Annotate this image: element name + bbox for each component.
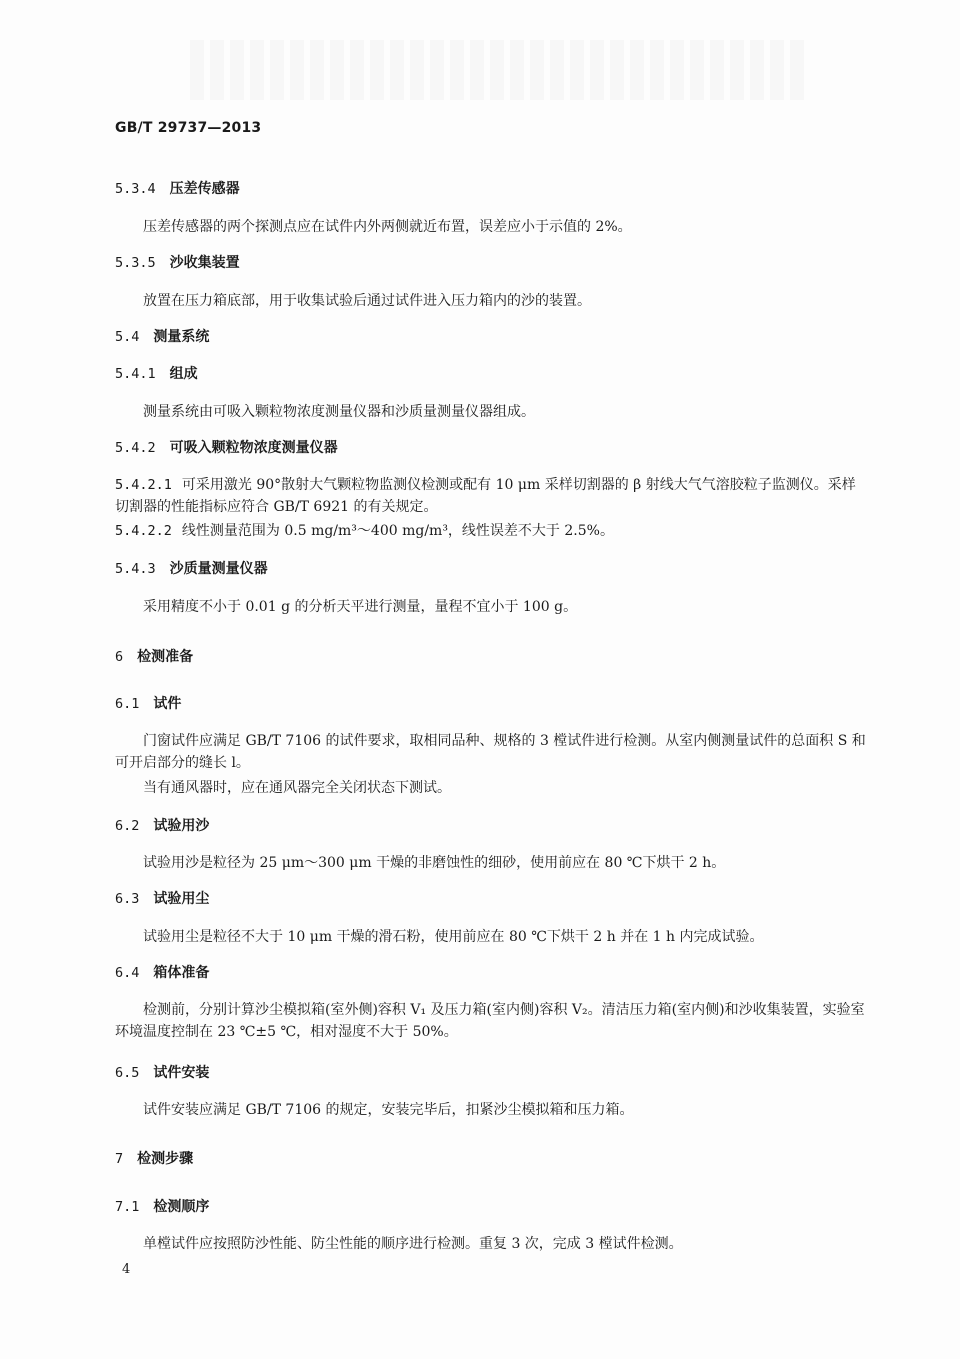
paragraph: 采用精度不小于 0.01 g 的分析天平进行测量，量程不宜小于 100 g。 [115,596,867,618]
section-number: 6.3 [115,891,139,907]
paragraph: 测量系统由可吸入颗粒物浓度测量仪器和沙质量测量仪器组成。 [115,401,867,423]
paragraph: 试验用沙是粒径为 25 μm～300 μm 干燥的非磨蚀性的细砂，使用前应在 8… [115,852,867,874]
section-title: 试件 [153,696,181,712]
page-number: 4 [122,1262,130,1277]
section-number: 7.1 [115,1199,139,1215]
section-heading: 6.1试件 [115,693,867,715]
section-title: 组成 [170,366,198,382]
section-number: 5.3.5 [115,255,156,271]
clause-number: 5.4.2.2 [115,523,172,539]
section-heading: 6.5试件安装 [115,1062,867,1084]
section-title: 测量系统 [153,329,209,345]
paragraph: 压差传感器的两个探测点应在试件内外两侧就近布置，误差应小于示值的 2%。 [115,216,867,238]
section-number: 5.3.4 [115,181,156,197]
section-heading: 6.4箱体准备 [115,962,867,984]
section-heading: 5.3.5沙收集装置 [115,252,867,274]
section-heading: 7检测步骤 [115,1148,867,1170]
section-heading: 5.4.3沙质量测量仪器 [115,558,867,580]
section-title: 沙质量测量仪器 [170,561,268,577]
section-title: 箱体准备 [153,965,209,981]
paragraph: 当有通风器时，应在通风器完全关闭状态下测试。 [115,777,867,799]
section-title: 可吸入颗粒物浓度测量仪器 [170,440,338,456]
section-number: 5.4.1 [115,366,156,382]
clause-text: 可采用激光 90°散射大气颗粒物监测仪检测或配有 10 μm 采样切割器的 β … [115,477,856,515]
section-number: 6.4 [115,965,139,981]
section-title: 检测步骤 [137,1151,193,1167]
section-number: 6 [115,649,123,665]
section-number: 6.5 [115,1065,139,1081]
section-heading: 5.4.2可吸入颗粒物浓度测量仪器 [115,437,867,459]
section-heading: 5.4.1组成 [115,363,867,385]
clause-text: 线性测量范围为 0.5 mg/m³～400 mg/m³，线性误差不大于 2.5%… [182,523,614,539]
section-heading: 6检测准备 [115,646,867,668]
section-heading: 5.3.4压差传感器 [115,178,867,200]
section-title: 试验用尘 [153,891,209,907]
section-heading: 6.3试验用尘 [115,888,867,910]
section-number: 7 [115,1151,123,1167]
section-number: 5.4.2 [115,440,156,456]
section-title: 检测顺序 [153,1199,209,1215]
paragraph: 单樘试件应按照防沙性能、防尘性能的顺序进行检测。重复 3 次，完成 3 樘试件检… [115,1233,867,1255]
section-number: 6.1 [115,696,139,712]
section-number: 6.2 [115,818,139,834]
paragraph: 试验用尘是粒径不大于 10 μm 干燥的滑石粉，使用前应在 80 ℃下烘干 2 … [115,926,867,948]
numbered-clause: 5.4.2.2线性测量范围为 0.5 mg/m³～400 mg/m³，线性误差不… [115,520,867,542]
section-title: 沙收集装置 [170,255,240,271]
paragraph: 试件安装应满足 GB/T 7106 的规定，安装完毕后，扣紧沙尘模拟箱和压力箱。 [115,1099,867,1121]
section-heading: 7.1检测顺序 [115,1196,867,1218]
paragraph: 检测前，分别计算沙尘模拟箱(室外侧)容积 V₁ 及压力箱(室内侧)容积 V₂。清… [115,999,867,1043]
paragraph: 放置在压力箱底部，用于收集试验后通过试件进入压力箱内的沙的装置。 [115,290,867,312]
bleed-through-artifact [190,40,810,100]
paragraph: 门窗试件应满足 GB/T 7106 的试件要求，取相同品种、规格的 3 樘试件进… [115,730,867,774]
standard-code: GB/T 29737—2013 [115,120,261,136]
section-heading: 5.4测量系统 [115,326,867,348]
section-title: 检测准备 [137,649,193,665]
section-title: 压差传感器 [170,181,240,197]
section-title: 试件安装 [153,1065,209,1081]
clause-number: 5.4.2.1 [115,477,172,493]
document-page: GB/T 29737—2013 5.3.4压差传感器压差传感器的两个探测点应在试… [0,0,960,1359]
section-heading: 6.2试验用沙 [115,815,867,837]
section-number: 5.4 [115,329,139,345]
numbered-clause: 5.4.2.1可采用激光 90°散射大气颗粒物监测仪检测或配有 10 μm 采样… [115,474,867,518]
section-number: 5.4.3 [115,561,156,577]
section-title: 试验用沙 [153,818,209,834]
